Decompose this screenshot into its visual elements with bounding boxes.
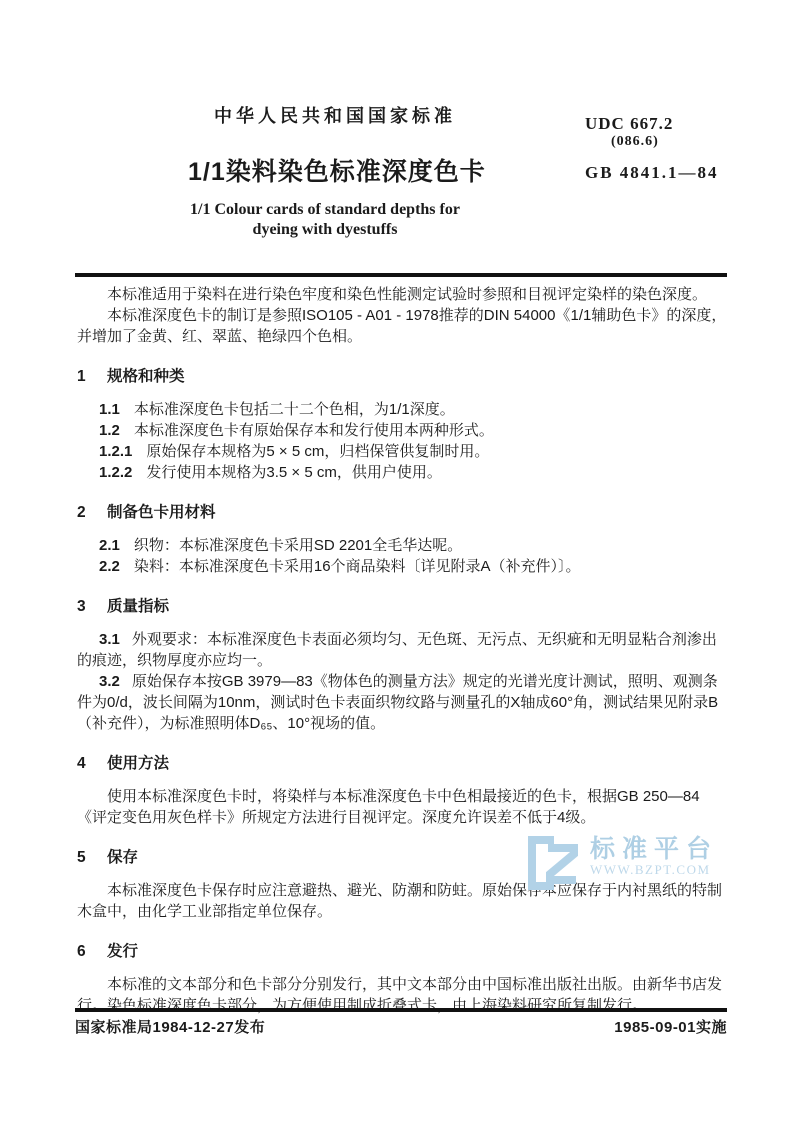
clause-3-2: 3.2原始保存本按GB 3979—83《物体色的测量方法》规定的光谱光度计测试，… xyxy=(77,671,727,734)
clause-1-2-1-text: 原始保存本规格为5 × 5 cm，归档保管供复制时用。 xyxy=(146,443,489,460)
clause-2-2-text: 染料：本标准深度色卡采用16个商品染料〔详见附录A（补充件）〕。 xyxy=(134,558,581,575)
footer-divider-rule xyxy=(75,1008,727,1012)
footer-issued-date: 国家标准局1984-12-27发布 xyxy=(75,1016,265,1037)
clause-1-2-2: 1.2.2发行使用本规格为3.5 × 5 cm，供用户使用。 xyxy=(77,462,727,483)
section-2-heading: 2制备色卡用材料 xyxy=(77,502,727,523)
clause-1-2-2-text: 发行使用本规格为3.5 × 5 cm，供用户使用。 xyxy=(146,464,441,481)
clause-2-2: 2.2染料：本标准深度色卡采用16个商品染料〔详见附录A（补充件）〕。 xyxy=(77,556,727,577)
section-5-title: 保存 xyxy=(107,849,138,866)
intro-paragraph-2: 本标准深度色卡的制订是参照ISO105 - A01 - 1978推荐的DIN 5… xyxy=(77,305,727,347)
intro-paragraph-1: 本标准适用于染料在进行染色牢度和染色性能测定试验时参照和目视评定染样的染色深度。 xyxy=(77,284,727,305)
clause-1-2-1: 1.2.1原始保存本规格为5 × 5 cm，归档保管供复制时用。 xyxy=(77,441,727,462)
footer: 国家标准局1984-12-27发布 1985-09-01实施 xyxy=(75,1016,727,1037)
section-6-number: 6 xyxy=(77,941,91,962)
clause-1-1-text: 本标准深度色卡包括二十二个色相，为1/1深度。 xyxy=(134,401,455,418)
udc-classification: UDC 667.2 (086.6) xyxy=(585,114,673,150)
section-2-title: 制备色卡用材料 xyxy=(107,504,216,521)
footer-effective-date: 1985-09-01实施 xyxy=(614,1016,727,1037)
section-5-number: 5 xyxy=(77,847,91,868)
udc-sub-code: (086.6) xyxy=(585,134,673,150)
document-page: 中华人民共和国国家标准 UDC 667.2 (086.6) 1/1染料染色标准深… xyxy=(0,0,800,1130)
section-4-paragraph: 使用本标准深度色卡时，将染样与本标准深度色卡中色相最接近的色卡，根据GB 250… xyxy=(77,786,727,828)
section-3-heading: 3质量指标 xyxy=(77,596,727,617)
clause-1-2-number: 1.2 xyxy=(99,422,120,439)
clause-1-2-text: 本标准深度色卡有原始保存本和发行使用本两种形式。 xyxy=(134,422,494,439)
clause-3-2-text: 原始保存本按GB 3979—83《物体色的测量方法》规定的光谱光度计测试，照明、… xyxy=(77,673,718,732)
section-4-heading: 4使用方法 xyxy=(77,753,727,774)
clause-1-2: 1.2本标准深度色卡有原始保存本和发行使用本两种形式。 xyxy=(77,420,727,441)
section-4-number: 4 xyxy=(77,753,91,774)
section-5-paragraph: 本标准深度色卡保存时应注意避热、避光、防潮和防蛀。原始保存本应保存于内衬黑纸的特… xyxy=(77,880,727,922)
title-english-line2: dyeing with dyestuffs xyxy=(125,220,525,240)
section-6-heading: 6发行 xyxy=(77,941,727,962)
national-standard-label: 中华人民共和国国家标准 xyxy=(214,102,456,128)
clause-1-1-number: 1.1 xyxy=(99,401,120,418)
section-4-title: 使用方法 xyxy=(107,755,169,772)
section-6-title: 发行 xyxy=(107,943,138,960)
clause-2-1-text: 织物：本标准深度色卡采用SD 2201全毛华达呢。 xyxy=(134,537,462,554)
header-divider-rule xyxy=(75,273,727,277)
section-2-number: 2 xyxy=(77,502,91,523)
document-title-english: 1/1 Colour cards of standard depths for … xyxy=(125,200,525,240)
section-5-heading: 5保存 xyxy=(77,847,727,868)
clause-3-1-text: 外观要求：本标准深度色卡表面必须均匀、无色斑、无污点、无织疵和无明显粘合剂渗出的… xyxy=(77,631,717,669)
clause-3-1: 3.1外观要求：本标准深度色卡表面必须均匀、无色斑、无污点、无织疵和无明显粘合剂… xyxy=(77,629,727,671)
document-body: 本标准适用于染料在进行染色牢度和染色性能测定试验时参照和目视评定染样的染色深度。… xyxy=(77,284,727,1016)
clause-3-2-number: 3.2 xyxy=(99,673,120,690)
section-3-title: 质量指标 xyxy=(107,598,169,615)
clause-1-2-2-number: 1.2.2 xyxy=(99,464,132,481)
section-1-heading: 1规格和种类 xyxy=(77,366,727,387)
section-3-number: 3 xyxy=(77,596,91,617)
clause-2-2-number: 2.2 xyxy=(99,558,120,575)
section-1-number: 1 xyxy=(77,366,91,387)
title-english-line1: 1/1 Colour cards of standard depths for xyxy=(125,200,525,220)
standard-number: GB 4841.1—84 xyxy=(585,163,719,183)
udc-code: UDC 667.2 xyxy=(585,114,673,134)
document-title-chinese: 1/1染料染色标准深度色卡 xyxy=(188,152,486,188)
clause-2-1-number: 2.1 xyxy=(99,537,120,554)
clause-1-1: 1.1本标准深度色卡包括二十二个色相，为1/1深度。 xyxy=(77,399,727,420)
section-1-title: 规格和种类 xyxy=(107,368,185,385)
clause-2-1: 2.1织物：本标准深度色卡采用SD 2201全毛华达呢。 xyxy=(77,535,727,556)
clause-1-2-1-number: 1.2.1 xyxy=(99,443,132,460)
clause-3-1-number: 3.1 xyxy=(99,631,120,648)
